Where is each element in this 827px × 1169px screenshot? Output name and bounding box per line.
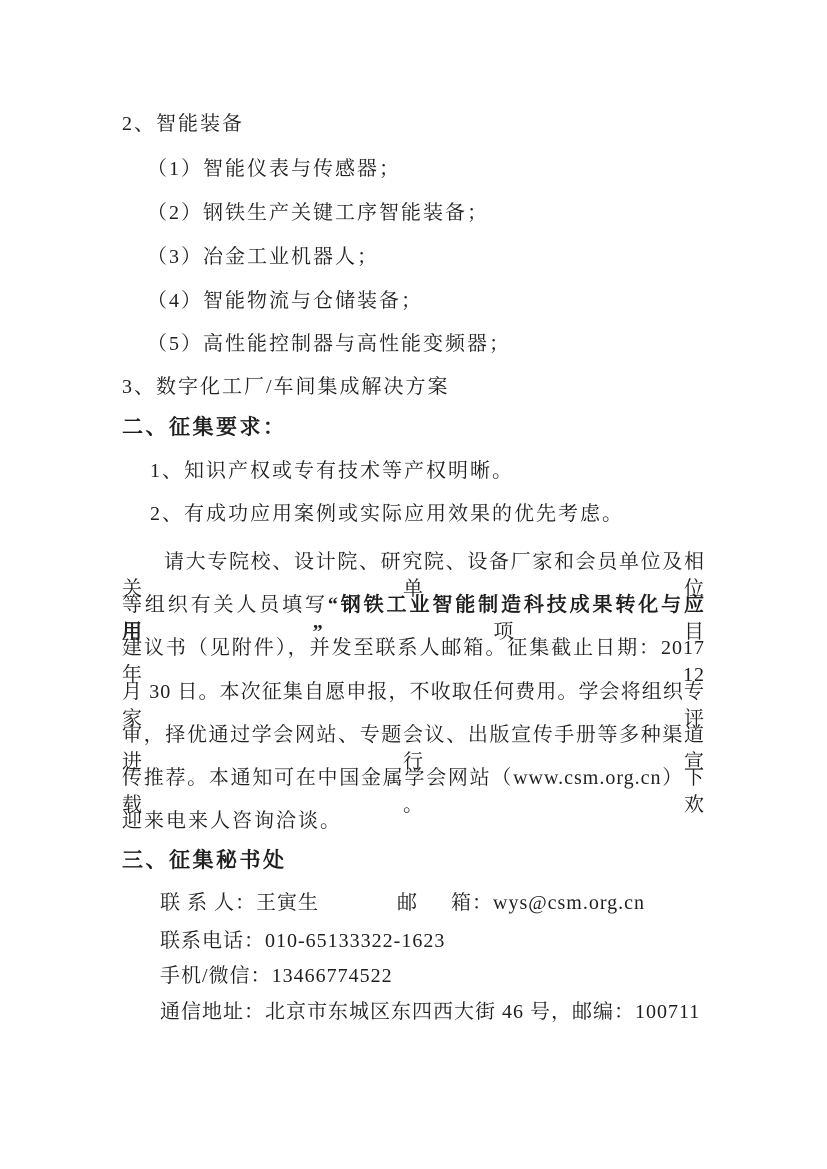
requirement-item-2: 2、有成功应用案例或实际应用效果的优先考虑。 bbox=[150, 501, 624, 528]
contact-phone-row: 联系电话：010-65133322-1623 bbox=[160, 928, 445, 955]
secretariat-heading: 三、征集秘书处 bbox=[122, 847, 287, 874]
contact-phone-label: 联系电话： bbox=[160, 930, 265, 952]
section2-item-2: （2）钢铁生产关键工序智能装备； bbox=[147, 200, 489, 227]
section3-title: 3、数字化工厂/车间集成解决方案 bbox=[122, 374, 450, 401]
contact-email-value: wys@csm.org.cn bbox=[493, 892, 645, 914]
contact-email-label-part1: 邮 bbox=[397, 892, 418, 914]
contact-mobile-value: 13466774522 bbox=[272, 965, 393, 987]
contact-address-row: 通信地址：北京市东城区东四西大街 46 号，邮编：100711 bbox=[160, 999, 700, 1026]
contact-address-label: 通信地址： bbox=[160, 1001, 265, 1023]
document-page: 2、智能装备 （1）智能仪表与传感器； （2）钢铁生产关键工序智能装备； （3）… bbox=[0, 0, 827, 1169]
section2-item-3: （3）冶金工业机器人； bbox=[147, 244, 379, 271]
contact-mobile-label: 手机/微信： bbox=[160, 965, 272, 987]
contact-mobile-row: 手机/微信：13466774522 bbox=[160, 963, 393, 990]
contact-email-label-part2: 箱： bbox=[451, 892, 493, 914]
section2-item-1: （1）智能仪表与传感器； bbox=[147, 156, 401, 183]
paragraph-line-2-pre: 等组织有关人员填写 bbox=[122, 594, 328, 616]
contact-person-value: 王寅生 bbox=[256, 892, 319, 914]
requirements-heading: 二、征集要求： bbox=[122, 414, 287, 441]
contact-phone-value: 010-65133322-1623 bbox=[265, 930, 445, 952]
section2-item-4: （4）智能物流与仓储装备； bbox=[147, 288, 423, 315]
paragraph-line-7: 迎来电来人咨询洽谈。 bbox=[122, 808, 705, 835]
contact-person-label: 联 系 人： bbox=[160, 892, 256, 914]
section2-title: 2、智能装备 bbox=[122, 111, 244, 138]
requirement-item-1: 1、知识产权或专有技术等产权明晰。 bbox=[150, 458, 514, 485]
section2-item-5: （5）高性能控制器与高性能变频器； bbox=[147, 331, 511, 358]
contact-address-value: 北京市东城区东四西大街 46 号，邮编：100711 bbox=[265, 1001, 700, 1023]
contact-person-row: 联 系 人：王寅生邮箱：wys@csm.org.cn bbox=[160, 890, 645, 917]
